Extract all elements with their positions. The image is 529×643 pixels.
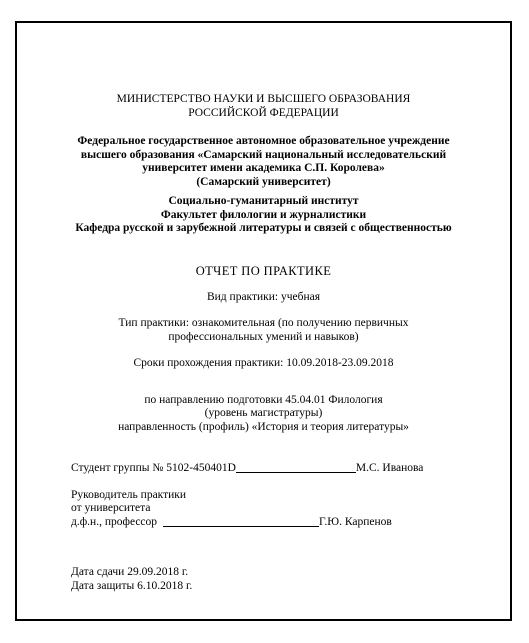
ministry-header: МИНИСТЕРСТВО НАУКИ И ВЫСШЕГО ОБРАЗОВАНИЯ…: [17, 93, 510, 120]
dates-block: Дата сдачи 29.09.2018 г. Дата защиты 6.1…: [17, 566, 510, 593]
ministry-line-2: РОССИЙСКОЙ ФЕДЕРАЦИИ: [17, 107, 510, 121]
practice-type-block: Тип практики: ознакомительная (по получе…: [17, 317, 510, 344]
supervisor-signature-row: д.ф.н., профессорГ.Ю. Карпенов: [71, 516, 510, 530]
practice-kind: Вид практики: учебная: [17, 291, 510, 305]
student-signature-line: [236, 472, 356, 473]
supervisor-name: Г.Ю. Карпенов: [319, 516, 392, 528]
practice-type-line-1: Тип практики: ознакомительная (по получе…: [17, 317, 510, 331]
submission-date: Дата сдачи 29.09.2018 г.: [71, 566, 510, 580]
supervisor-signature-line: [163, 526, 319, 527]
ministry-line-1: МИНИСТЕРСТВО НАУКИ И ВЫСШЕГО ОБРАЗОВАНИЯ: [17, 93, 510, 107]
university-name: Федеральное государственное автономное о…: [17, 135, 510, 189]
page-border-frame: МИНИСТЕРСТВО НАУКИ И ВЫСШЕГО ОБРАЗОВАНИЯ…: [15, 21, 512, 621]
university-line-1: Федеральное государственное автономное о…: [17, 135, 510, 149]
practice-type-line-2: профессиональных умений и навыков): [17, 331, 510, 345]
report-title: ОТЧЕТ ПО ПРАКТИКЕ: [17, 264, 510, 279]
program-line-3: направленность (профиль) «История и теор…: [17, 421, 510, 435]
department-line: Кафедра русской и зарубежной литературы …: [17, 222, 510, 236]
university-line-2: высшего образования «Самарский националь…: [17, 149, 510, 163]
practice-kind-block: Вид практики: учебная: [17, 291, 510, 305]
study-program-block: по направлению подготовки 45.04.01 Филол…: [17, 394, 510, 435]
university-line-4: (Самарский университет): [17, 176, 510, 190]
practice-period: Сроки прохождения практики: 10.09.2018-2…: [17, 357, 510, 371]
defense-date: Дата защиты 6.10.2018 г.: [71, 580, 510, 594]
student-group-label: Студент группы № 5102-450401D: [71, 462, 236, 474]
supervisor-block: Руководитель практики от университета д.…: [17, 489, 510, 530]
title-page-content: МИНИСТЕРСТВО НАУКИ И ВЫСШЕГО ОБРАЗОВАНИЯ…: [17, 23, 510, 619]
student-name: М.С. Иванова: [356, 462, 424, 474]
university-line-3: университет имени академика С.П. Королев…: [17, 162, 510, 176]
supervisor-role-line-1: Руководитель практики: [71, 489, 510, 503]
student-signature-row: Студент группы № 5102-450401DМ.С. Иванов…: [17, 462, 510, 476]
program-line-2: (уровень магистратуры): [17, 407, 510, 421]
faculty-line: Факультет филологии и журналистики: [17, 209, 510, 223]
program-line-1: по направлению подготовки 45.04.01 Филол…: [17, 394, 510, 408]
supervisor-degree-label: д.ф.н., профессор: [71, 516, 157, 528]
institute-faculty-department: Социально-гуманитарный институт Факульте…: [17, 195, 510, 236]
practice-period-block: Сроки прохождения практики: 10.09.2018-2…: [17, 357, 510, 371]
supervisor-role-line-2: от университета: [71, 502, 510, 516]
institute-line: Социально-гуманитарный институт: [17, 195, 510, 209]
report-title-block: ОТЧЕТ ПО ПРАКТИКЕ: [17, 264, 510, 279]
